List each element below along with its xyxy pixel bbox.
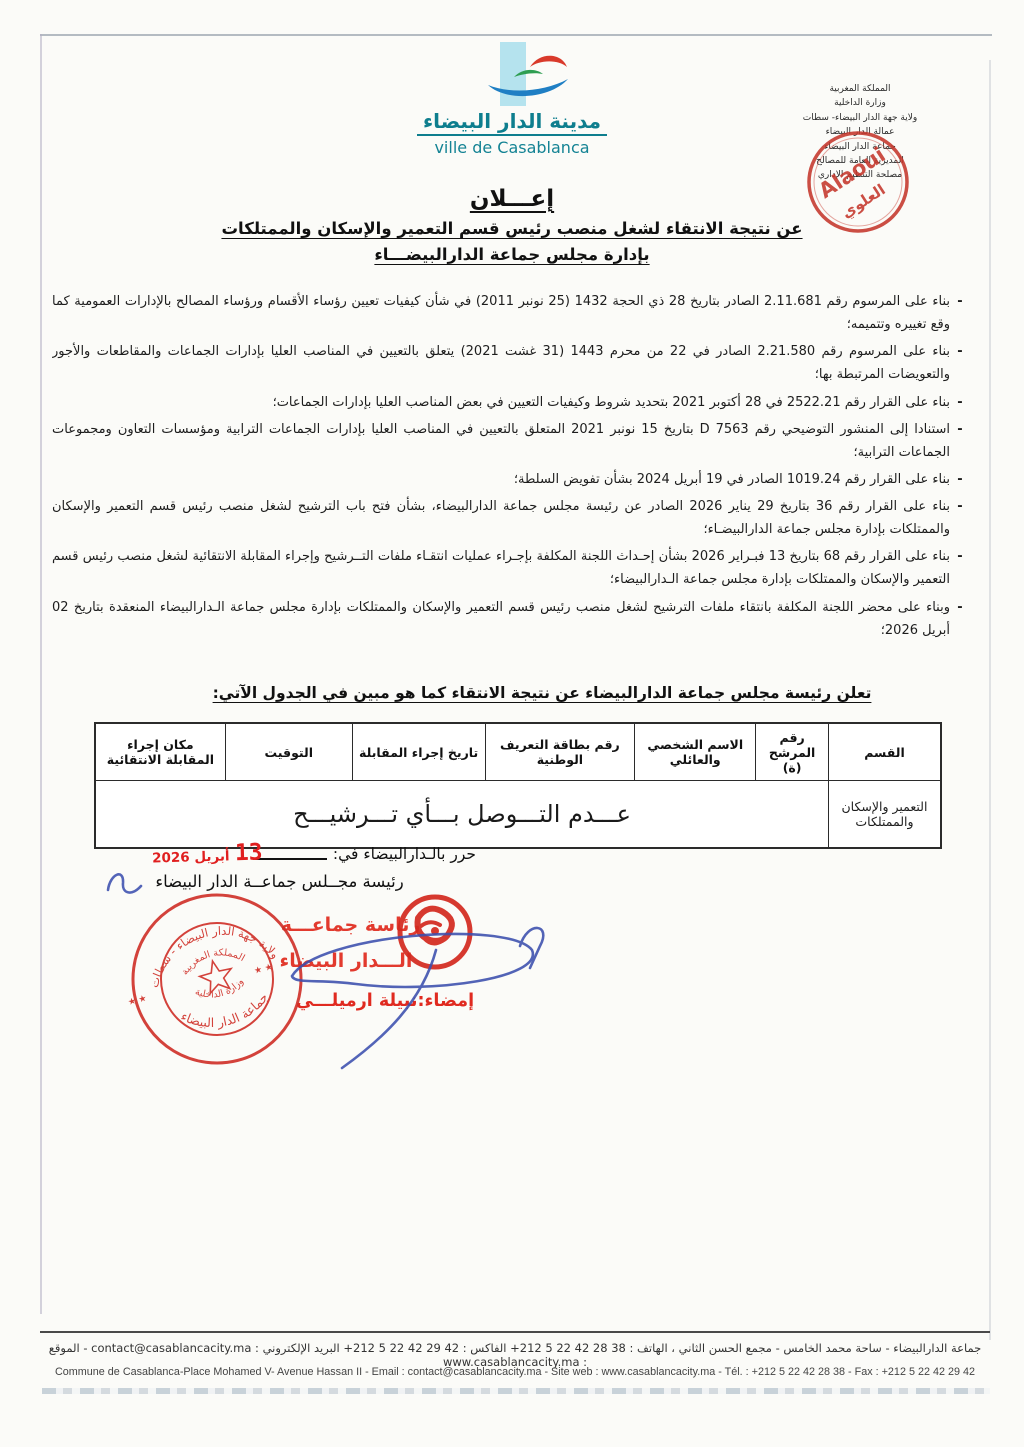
list-item: -بناء على المرسوم رقم 2.21.580 الصادر في…	[52, 340, 970, 386]
bullet-dash: -	[950, 468, 970, 491]
date-stamp-month-year: أبريل 2026	[152, 848, 230, 866]
list-item: -بناء على القرار رقم 1019.24 الصادر في 1…	[52, 468, 970, 491]
col-full-name: الاسم الشخصي والعائلي	[635, 723, 756, 781]
col-national-id: رقم بطاقة التعريف الوطنية	[485, 723, 635, 781]
bullet-dash: -	[950, 340, 970, 386]
table-row: التعمير والإسكان والممتلكات عـــدم التــ…	[95, 781, 941, 849]
footer-french-line: Commune de Casablanca-Place Mohamed V- A…	[42, 1366, 988, 1378]
col-candidate-number: رقم المرشح (ة)	[756, 723, 829, 781]
stamp-inner-bottom-text: وزارة الداخلية	[191, 975, 248, 1006]
table-header-row: القسم رقم المرشح (ة) الاسم الشخصي والعائ…	[95, 723, 941, 781]
scan-speckle-band	[42, 1388, 990, 1394]
signature-hook	[520, 928, 543, 968]
bullet-dash: -	[950, 545, 970, 591]
bullet-dash: -	[950, 391, 970, 414]
col-time: التوقيت	[225, 723, 352, 781]
official-round-stamp: ولاية جهة الدار البيضاء - سطات جماعة الد…	[128, 890, 306, 1068]
letterhead-line: ولاية جهة الدار البيضاء- سطات	[788, 111, 932, 125]
list-item: -بناء على القرار رقم 2522.21 في 28 أكتوب…	[52, 391, 970, 414]
list-item: -بناء على القرار رقم 36 بتاريخ 29 يناير …	[52, 495, 970, 541]
announcement-sentence: تعلن رئيسة مجلس جماعة الدارالبيضاء عن نت…	[0, 684, 1024, 702]
bullet-dash: -	[950, 418, 970, 464]
written-at-label: حرر بالـدارالبيضاء في:	[333, 845, 476, 863]
list-item: -بناء على القرار رقم 68 بتاريخ 13 فبـراي…	[52, 545, 970, 591]
stamp-star-left: ★ ★	[128, 994, 148, 1008]
page-subtitle-2: بإدارة مجلس جماعة الدارالبيضـــاء	[0, 245, 1024, 264]
svg-text:وزارة الداخلية: وزارة الداخلية	[191, 975, 248, 1006]
bullet-dash: -	[950, 290, 970, 336]
list-item: -استنادا إلى المنشور التوضيحي رقم D 7563…	[52, 418, 970, 464]
page-subtitle-1: عن نتيجة الانتقاء لشغل منصب رئيس قسم الت…	[0, 219, 1024, 238]
list-item: -بناء على المرسوم رقم 2.11.681 الصادر بت…	[52, 290, 970, 336]
date-stamp-day: 13	[235, 840, 263, 867]
document-page: مدينة الدار البيضاء ville de Casablanca …	[0, 0, 1024, 1447]
footer-rule	[40, 1331, 990, 1333]
announcement-titles: إعـــلان عن نتيجة الانتقاء لشغل منصب رئي…	[0, 186, 1024, 264]
casablanca-logo-icon	[422, 40, 602, 110]
letterhead-line: وزارة الداخلية	[788, 96, 932, 110]
col-interview-place: مكان إجراء المقابلة الانتقائية	[95, 723, 225, 781]
scan-edge-top	[40, 34, 992, 36]
legal-references-list: -بناء على المرسوم رقم 2.11.681 الصادر بت…	[52, 290, 970, 678]
written-at-line: حرر بالـدارالبيضاء في: 13 أبريل 2026	[86, 841, 476, 867]
col-interview-date: تاريخ إجراء المقابلة	[352, 723, 485, 781]
col-department: القسم	[828, 723, 941, 781]
selection-result-table: القسم رقم المرشح (ة) الاسم الشخصي والعائ…	[94, 722, 942, 849]
bullet-dash: -	[950, 596, 970, 642]
date-fill-line	[253, 858, 327, 860]
logo-city-name-arabic: مدينة الدار البيضاء	[417, 110, 607, 136]
footer-arabic-line: جماعة الدارالبيضاء - ساحة محمد الخامس - …	[48, 1341, 982, 1369]
date-stamp: 13 أبريل 2026	[152, 840, 263, 869]
department-cell: التعمير والإسكان والممتلكات	[828, 781, 941, 849]
bullet-dash: -	[950, 495, 970, 541]
stamp-star-right: ★ ★	[253, 962, 274, 976]
result-cell: عـــدم التـــوصل بـــأي تـــرشيـــح	[95, 781, 828, 849]
letterhead-line: المملكة المغربية	[788, 82, 932, 96]
small-ornate-stamp	[388, 886, 480, 990]
logo-red-arc	[530, 56, 567, 67]
list-item: -وبناء على محضر اللجنة المكلفة بانتقاء م…	[52, 596, 970, 642]
page-title: إعـــلان	[0, 186, 1024, 212]
